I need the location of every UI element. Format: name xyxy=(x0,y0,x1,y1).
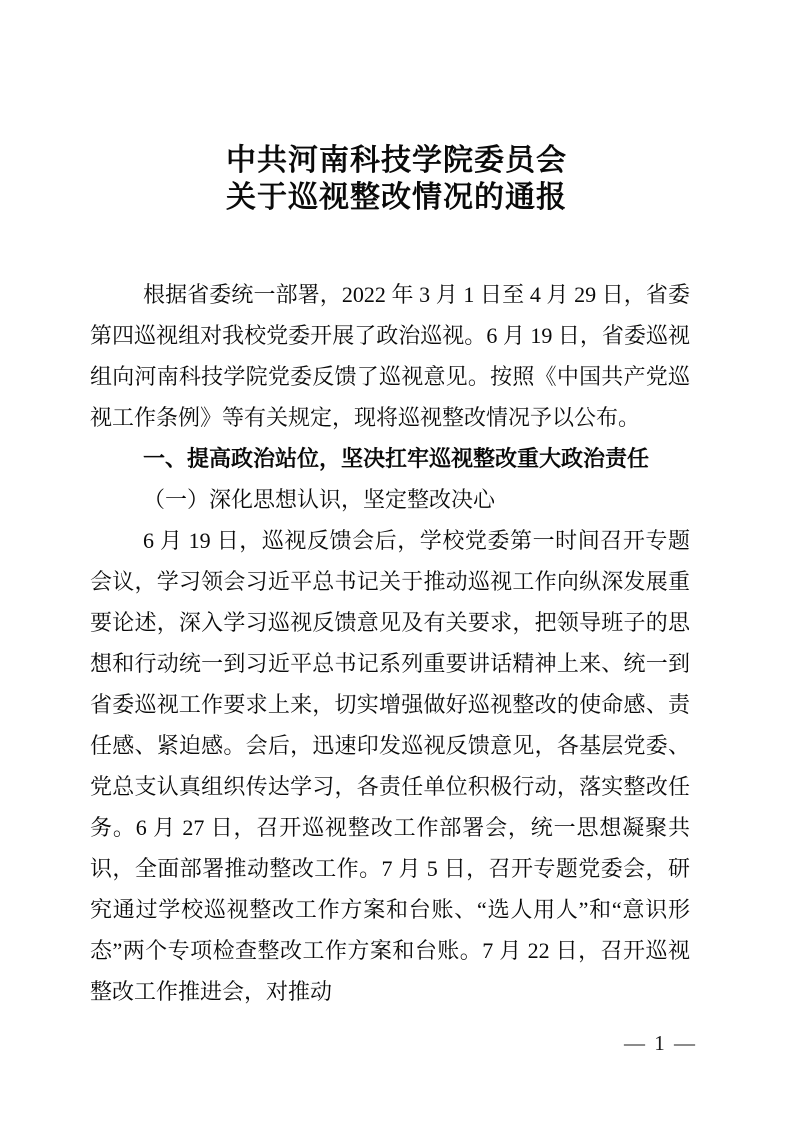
document-body: 根据省委统一部署，2022 年 3 月 1 日至 4 月 29 日，省委第四巡视… xyxy=(90,274,690,1012)
section1-heading: 一、提高政治站位，坚决扛牢巡视整改重大政治责任 xyxy=(90,438,690,479)
document-title: 中共河南科技学院委员会 关于巡视整改情况的通报 xyxy=(0,142,793,216)
subsection1-heading: （一）深化思想认识，坚定整改决心 xyxy=(90,479,690,520)
document-title-line1: 中共河南科技学院委员会 xyxy=(0,142,793,179)
document-title-line2: 关于巡视整改情况的通报 xyxy=(0,179,793,216)
document-page: 中共河南科技学院委员会 关于巡视整改情况的通报 根据省委统一部署，2022 年 … xyxy=(0,0,793,1122)
intro-paragraph: 根据省委统一部署，2022 年 3 月 1 日至 4 月 29 日，省委第四巡视… xyxy=(90,274,690,438)
subsection1-paragraph: 6 月 19 日，巡视反馈会后，学校党委第一时间召开专题会议，学习领会习近平总书… xyxy=(90,520,690,1012)
page-number: — 1 — xyxy=(624,1030,697,1056)
